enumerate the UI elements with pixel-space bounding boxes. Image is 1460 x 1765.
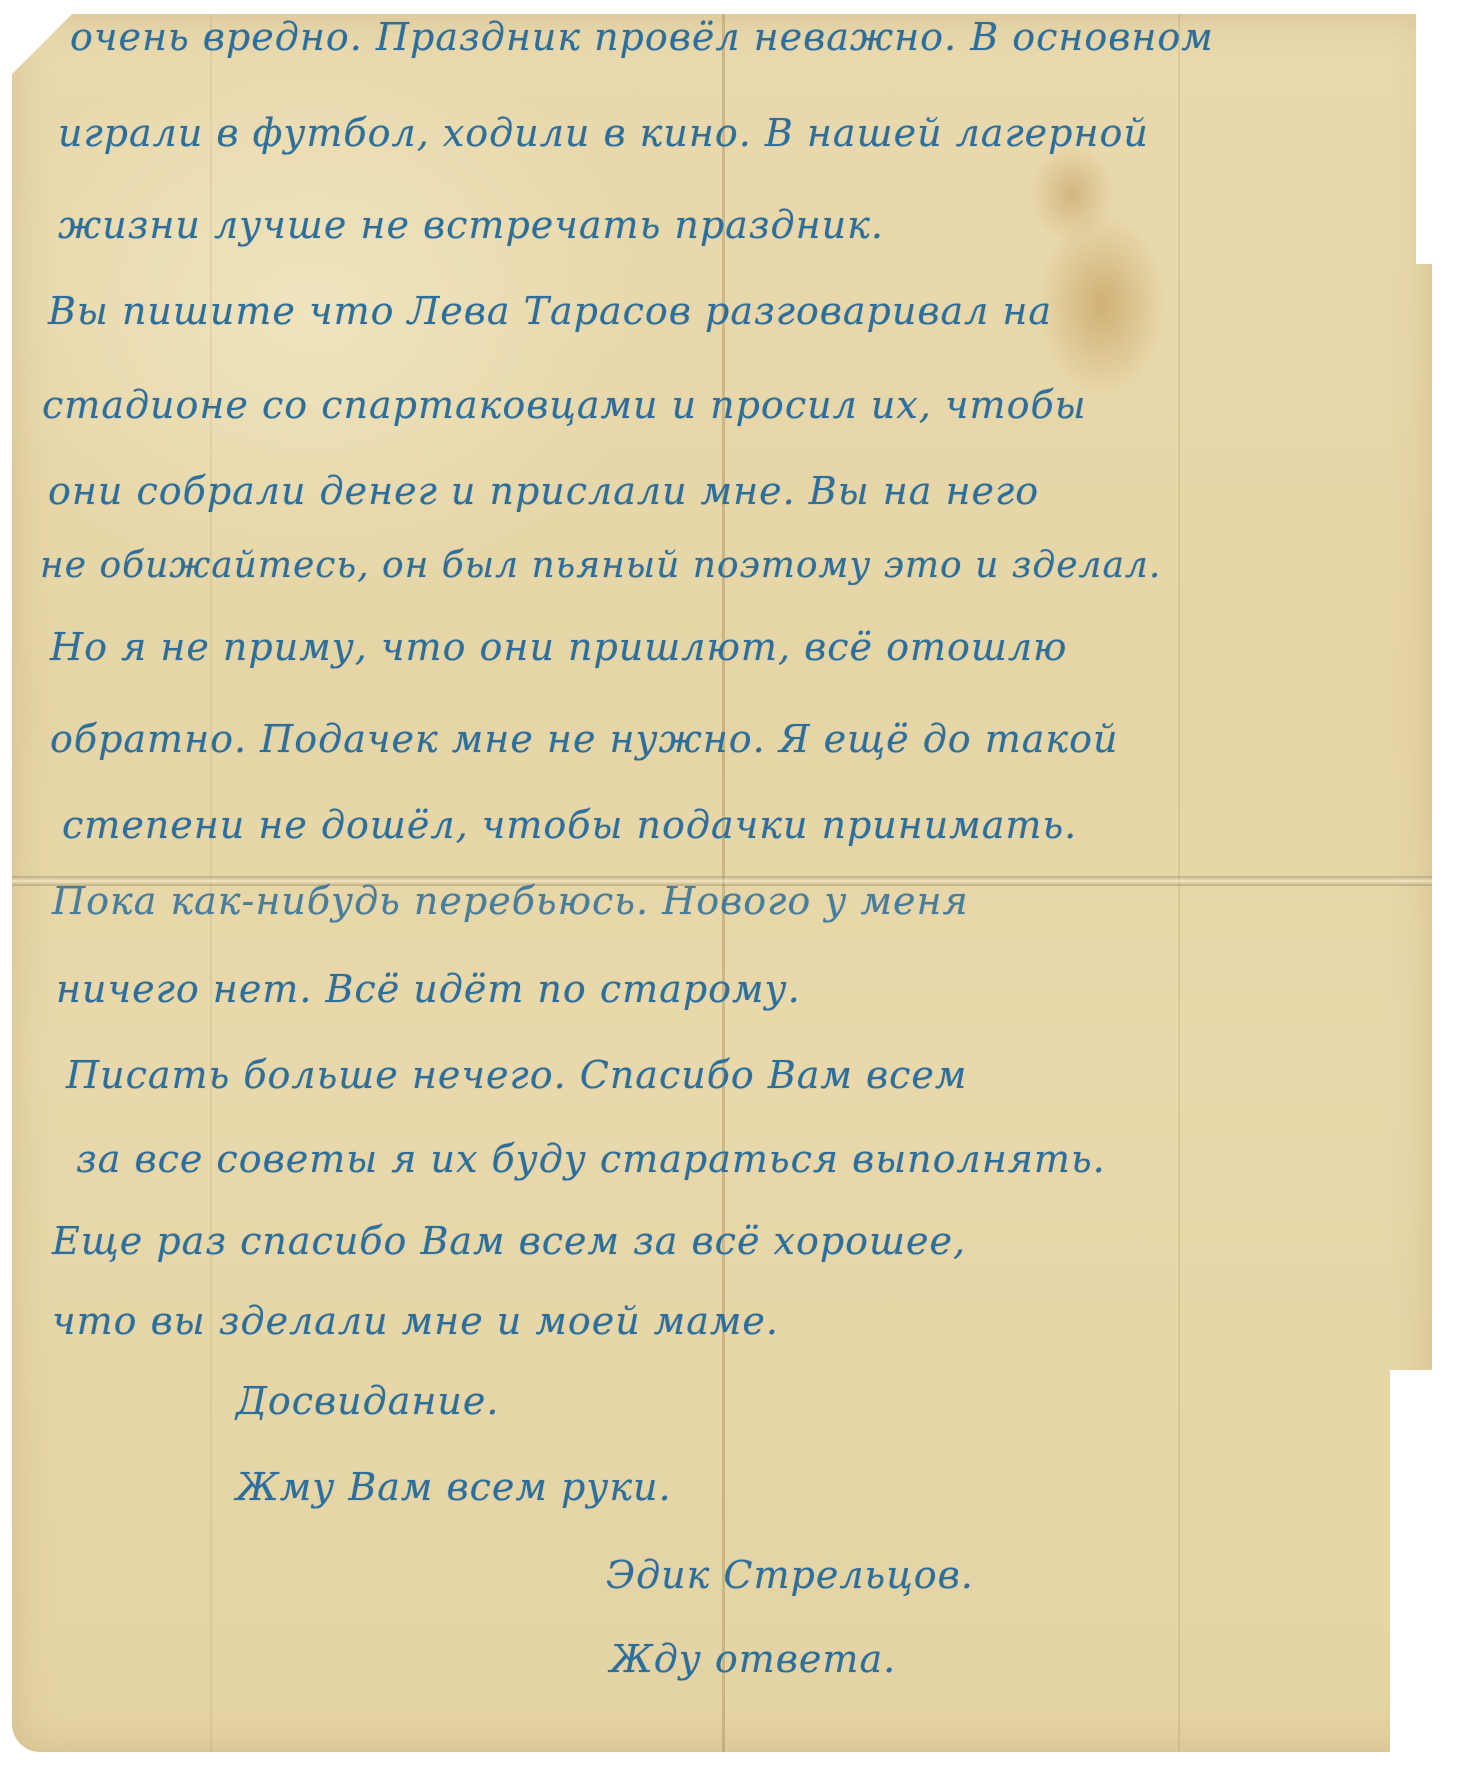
letter-line-2: играли в футбол, ходили в кино. В нашей …	[58, 114, 1149, 152]
letter-line-1: очень вредно. Праздник провёл неважно. В…	[70, 18, 1214, 56]
letter-line-11: Пока как-нибудь перебьюсь. Нового у меня	[52, 882, 969, 920]
letter-line-4: Вы пишите что Лева Тарасов разговаривал …	[48, 292, 1052, 330]
letter-line-9: обратно. Подачек мне не нужно. Я ещё до …	[50, 720, 1118, 758]
closing-farewell: Досвидание.	[236, 1382, 499, 1420]
letter-line-16: что вы зделали мне и моей маме.	[52, 1302, 779, 1340]
letter-line-12: ничего нет. Всё идёт по старому.	[56, 970, 801, 1008]
letter-line-15: Еще раз спасибо Вам всем за всё хорошее,	[52, 1222, 966, 1260]
letter-line-5: стадионе со спартаковцами и просил их, ч…	[42, 386, 1087, 424]
closing-regards: Жму Вам всем руки.	[236, 1468, 672, 1506]
torn-edge-bottom-right	[1390, 1370, 1460, 1765]
signature: Эдик Стрельцов.	[606, 1556, 974, 1594]
letter-line-10: степени не дошёл, чтобы подачки принимат…	[62, 806, 1077, 844]
letter-line-14: за все советы я их буду стараться выполн…	[76, 1140, 1106, 1178]
letter-line-8: Но я не приму, что они пришлют, всё отош…	[50, 628, 1068, 666]
closing-postscript: Жду ответа.	[610, 1640, 896, 1678]
letter-line-6: они собрали денег и прислали мне. Вы на …	[48, 472, 1039, 510]
torn-edge-top-right	[1416, 14, 1460, 264]
letter-line-7: не обижайтесь, он был пьяный поэтому это…	[40, 548, 1161, 584]
letter-line-13: Писать больше нечего. Спасибо Вам всем	[66, 1056, 967, 1094]
letter-line-3: жизни лучше не встречать праздник.	[58, 206, 884, 244]
